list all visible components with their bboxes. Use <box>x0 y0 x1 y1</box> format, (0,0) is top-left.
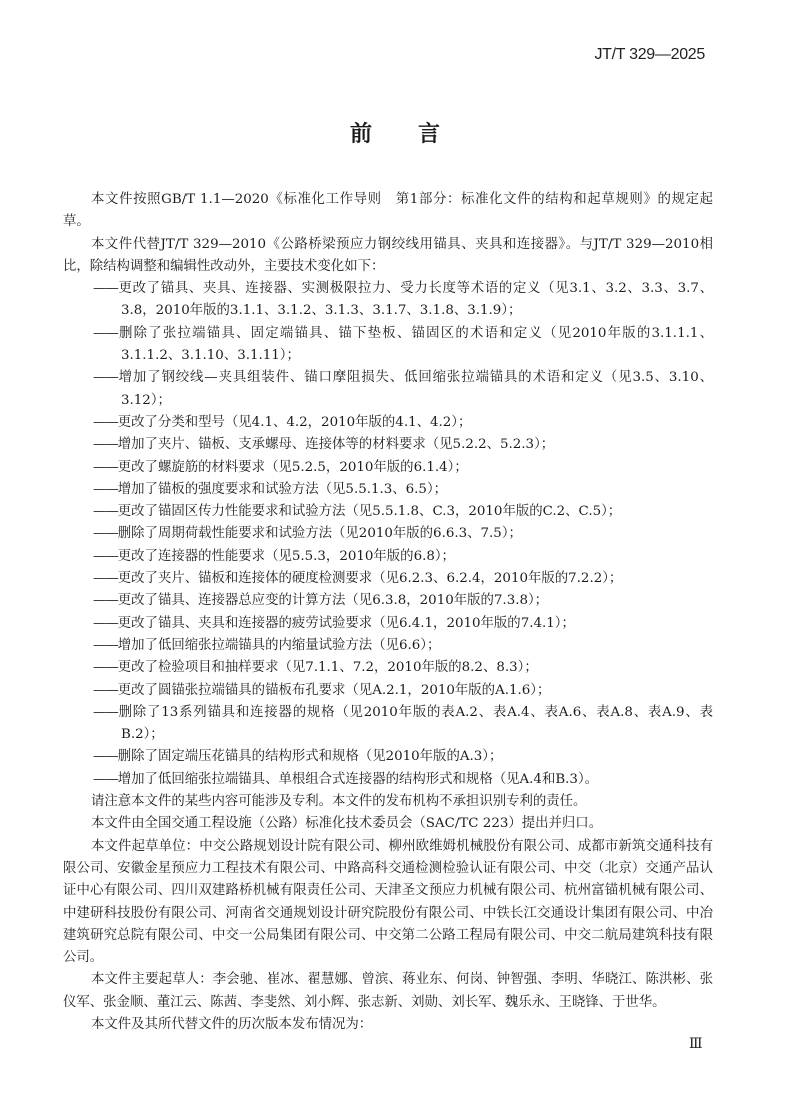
paragraph-replaces: 本文件代替JT/T 329—2010《公路桥梁预应力钢绞线用锚具、夹具和连接器》… <box>63 234 713 279</box>
dash-marker: —— <box>93 549 118 564</box>
change-text: 更改了锚具、夹具和连接器的疲劳试验要求（见6.4.1，2010年版的7.4.1）… <box>118 616 575 631</box>
change-item: ——增加了夹片、锚板、支承螺母、连接体等的材料要求（见5.2.2、5.2.3）； <box>121 434 713 456</box>
change-item: ——删除了周期荷载性能要求和试验方法（见2010年版的6.6.3、7.5）； <box>121 523 713 545</box>
change-text: 更改了圆锚张拉端锚具的锚板布孔要求（见A.2.1，2010年版的A.1.6）； <box>118 683 551 698</box>
change-text: 更改了螺旋筋的材料要求（见5.2.5，2010年版的6.1.4）； <box>118 460 468 475</box>
paragraph-drafting-units: 本文件起草单位：中交公路规划设计院有限公司、柳州欧维姆机械股份有限公司、成都市新… <box>63 836 713 970</box>
dash-marker: —— <box>93 772 118 787</box>
change-item: ——更改了锚固区传力性能要求和试验方法（见5.5.1.8、C.3，2010年版的… <box>121 501 713 523</box>
title-char-1: 前 <box>350 121 372 149</box>
dash-marker: —— <box>93 593 118 608</box>
change-item: ——更改了锚具、夹具和连接器的疲劳试验要求（见6.4.1，2010年版的7.4.… <box>121 613 713 635</box>
standard-code: JT/T 329—2025 <box>594 46 705 64</box>
change-text: 删除了张拉端锚具、固定端锚具、锚下垫板、锚固区的术语和定义（见2010年版的3.… <box>118 326 713 363</box>
change-item: ——更改了锚具、连接器总应变的计算方法（见6.3.8，2010年版的7.3.8）… <box>121 590 713 612</box>
dash-marker: —— <box>93 370 118 385</box>
dash-marker: —— <box>93 616 118 631</box>
paragraph-drafting-rules: 本文件按照GB/T 1.1—2020《标准化工作导则 第1部分：标准化文件的结构… <box>63 189 713 234</box>
change-text: 删除了13系列锚具和连接器的规格（见2010年版的表A.2、表A.4、表A.6、… <box>118 705 713 742</box>
change-text: 更改了连接器的性能要求（见5.5.3，2010年版的6.8）； <box>118 549 455 564</box>
dash-marker: —— <box>93 504 118 519</box>
change-text: 增加了锚板的强度要求和试验方法（见5.5.1.3、6.5）； <box>118 482 447 497</box>
change-text: 增加了夹片、锚板、支承螺母、连接体等的材料要求（见5.2.2、5.2.3）； <box>118 437 554 452</box>
change-text: 更改了夹片、锚板和连接体的硬度检测要求（见6.2.3、6.2.4，2010年版的… <box>118 571 623 586</box>
paragraph-patent-notice: 请注意本文件的某些内容可能涉及专利。本文件的发布机构不承担识别专利的责任。 <box>63 791 713 813</box>
change-item: ——增加了低回缩张拉端锚具、单根组合式连接器的结构形式和规格（见A.4和B.3）… <box>121 769 713 791</box>
paragraph-history-intro: 本文件及其所代替文件的历次版本发布情况为： <box>63 1014 713 1036</box>
change-item: ——更改了夹片、锚板和连接体的硬度检测要求（见6.2.3、6.2.4，2010年… <box>121 568 713 590</box>
paragraph-proposer: 本文件由全国交通工程设施（公路）标准化技术委员会（SAC/TC 223）提出并归… <box>63 813 713 835</box>
change-text: 增加了钢绞线—夹具组装件、锚口摩阻损失、低回缩张拉端锚具的术语和定义（见3.5、… <box>118 370 713 407</box>
change-item: ——更改了分类和型号（见4.1、4.2，2010年版的4.1、4.2）； <box>121 412 713 434</box>
page-number: Ⅲ <box>689 1036 703 1052</box>
dash-marker: —— <box>93 482 118 497</box>
dash-marker: —— <box>93 281 118 296</box>
dash-marker: —— <box>93 526 118 541</box>
change-text: 更改了锚固区传力性能要求和试验方法（见5.5.1.8、C.3，2010年版的C.… <box>118 504 621 519</box>
change-text: 删除了固定端压花锚具的结构形式和规格（见2010年版的A.3）； <box>118 749 503 764</box>
dash-marker: —— <box>93 705 118 720</box>
changes-list: ——更改了锚具、夹具、连接器、实测极限拉力、受力长度等术语的定义（见3.1、3.… <box>63 278 713 791</box>
change-item: ——删除了张拉端锚具、固定端锚具、锚下垫板、锚固区的术语和定义（见2010年版的… <box>121 323 713 368</box>
foreword-body: 本文件按照GB/T 1.1—2020《标准化工作导则 第1部分：标准化文件的结构… <box>63 189 713 1036</box>
change-text: 更改了锚具、连接器总应变的计算方法（见6.3.8，2010年版的7.3.8）； <box>118 593 548 608</box>
change-text: 更改了检验项目和抽样要求（见7.1.1、7.2，2010年版的8.2、8.3）； <box>118 660 538 675</box>
change-item: ——更改了检验项目和抽样要求（见7.1.1、7.2，2010年版的8.2、8.3… <box>121 657 713 679</box>
dash-marker: —— <box>93 571 118 586</box>
change-item: ——增加了低回缩张拉端锚具的内缩量试验方法（见6.6）； <box>121 635 713 657</box>
dash-marker: —— <box>93 749 118 764</box>
dash-marker: —— <box>93 415 118 430</box>
page-title: 前言 <box>0 121 790 149</box>
dash-marker: —— <box>93 437 118 452</box>
change-item: ——更改了螺旋筋的材料要求（见5.2.5，2010年版的6.1.4）； <box>121 457 713 479</box>
dash-marker: —— <box>93 660 118 675</box>
change-item: ——删除了13系列锚具和连接器的规格（见2010年版的表A.2、表A.4、表A.… <box>121 702 713 747</box>
title-char-2: 言 <box>418 121 440 149</box>
change-item: ——增加了锚板的强度要求和试验方法（见5.5.1.3、6.5）； <box>121 479 713 501</box>
dash-marker: —— <box>93 638 118 653</box>
change-item: ——更改了圆锚张拉端锚具的锚板布孔要求（见A.2.1，2010年版的A.1.6）… <box>121 680 713 702</box>
change-item: ——增加了钢绞线—夹具组装件、锚口摩阻损失、低回缩张拉端锚具的术语和定义（见3.… <box>121 367 713 412</box>
change-text: 增加了低回缩张拉端锚具的内缩量试验方法（见6.6）； <box>118 638 441 653</box>
dash-marker: —— <box>93 683 118 698</box>
change-text: 更改了分类和型号（见4.1、4.2，2010年版的4.1、4.2）； <box>118 415 472 430</box>
change-text: 删除了周期荷载性能要求和试验方法（见2010年版的6.6.3、7.5）； <box>118 526 522 541</box>
change-text: 增加了低回缩张拉端锚具、单根组合式连接器的结构形式和规格（见A.4和B.3）。 <box>118 772 598 787</box>
change-text: 更改了锚具、夹具、连接器、实测极限拉力、受力长度等术语的定义（见3.1、3.2、… <box>118 281 713 318</box>
change-item: ——删除了固定端压花锚具的结构形式和规格（见2010年版的A.3）； <box>121 746 713 768</box>
dash-marker: —— <box>93 460 118 475</box>
paragraph-drafters: 本文件主要起草人：李会驰、崔冰、翟慧娜、曾滨、蒋业东、何岗、钟智强、李明、华晓江… <box>63 969 713 1014</box>
change-item: ——更改了连接器的性能要求（见5.5.3，2010年版的6.8）； <box>121 546 713 568</box>
change-item: ——更改了锚具、夹具、连接器、实测极限拉力、受力长度等术语的定义（见3.1、3.… <box>121 278 713 323</box>
dash-marker: —— <box>93 326 118 341</box>
